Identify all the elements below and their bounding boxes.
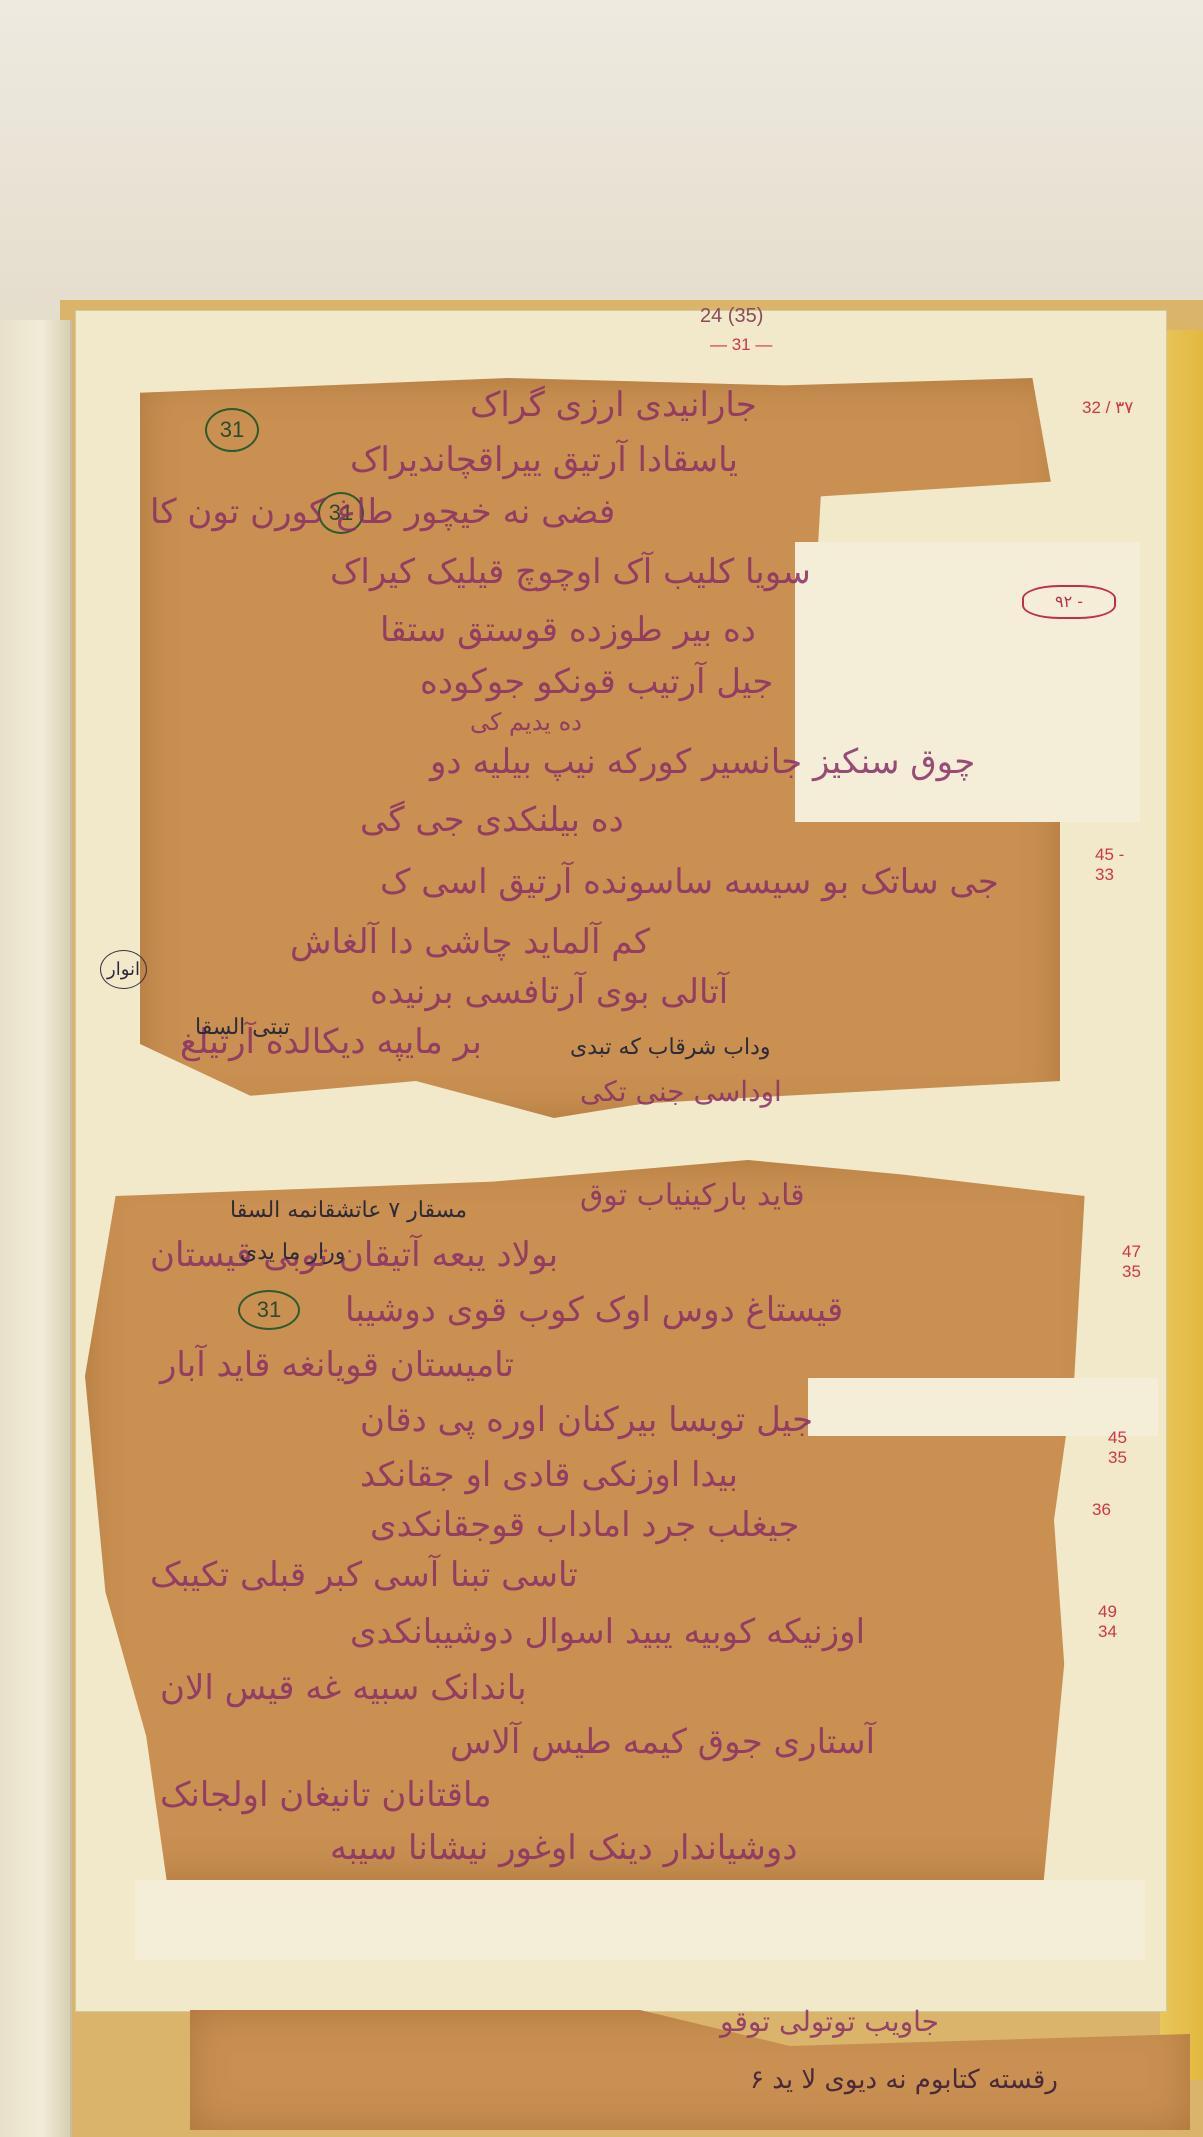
manuscript-line: جی ساتک بو سیسه ساسونده آرتیق اسی ک: [380, 862, 999, 902]
manuscript-line: جیل آرتیب قونکو جوکوده: [420, 662, 773, 702]
margin-ref: 32 / ۳۷: [1082, 398, 1133, 418]
manuscript-line: ده یدیم کی: [470, 708, 582, 736]
manuscript-line: جاویب توتولی توقو: [720, 2005, 939, 2038]
manuscript-line: ماقتانان تانیغان اولجانک: [160, 1775, 492, 1815]
folio-circle: 31: [205, 408, 259, 452]
manuscript-line: دوشیاندار دینک اوغور نیشانا سیبه: [330, 1828, 797, 1868]
manuscript-line: باندانک سبیه غه قیس الان: [160, 1668, 527, 1708]
manuscript-line: جیل توبسا بیرکنان اوره پی دقان: [360, 1400, 813, 1440]
margin-ref-oval: ۹۲ -: [1022, 585, 1116, 619]
seal-stamp: انوار: [100, 950, 147, 989]
annotation-note: تبتی السقا: [195, 1015, 290, 1040]
manuscript-line: آستاری جوق کیمه طیس آلاس: [450, 1722, 875, 1762]
manuscript-line: ده بیر طوزده قوستق ستقا: [380, 610, 756, 650]
margin-ref: 45 35: [1108, 1428, 1138, 1468]
manuscript-line: تامیستان قویانغه قاید آبار: [160, 1345, 514, 1385]
annotation-note: ورار ما یدی: [240, 1240, 345, 1265]
margin-ref: 36: [1092, 1500, 1111, 1520]
margin-ref: 49 34: [1098, 1602, 1128, 1642]
manuscript-line: فضی نه خیچور طاغ کورن تون کا: [150, 492, 615, 532]
manuscript-line: قیستاغ دوس اوک کوب قوی دوشیبا: [345, 1290, 843, 1330]
paper-patch: [135, 1880, 1145, 1960]
left-facing-page: [0, 320, 72, 2137]
annotation-note: وداب شرقاب که تبدی: [570, 1035, 771, 1060]
manuscript-line: آتالی بوی آرتافسی برنیده: [370, 972, 728, 1012]
manuscript-line: سویا کلیب آک اوچوچ قیلیک کیراک: [330, 552, 811, 592]
manuscript-line: اوداسی جنی تکی: [580, 1075, 782, 1108]
folio-circle: 31: [238, 1290, 300, 1330]
manuscript-line: تاسی تبنا آسی کبر قبلی تکیبک: [150, 1555, 578, 1595]
margin-ref: 45 - 33: [1095, 845, 1135, 885]
manuscript-line: بیدا اوزنکی قادی او جقانکد: [360, 1455, 738, 1495]
manuscript-line: یاسقادا آرتیق ییراقچاندیراک: [350, 440, 738, 480]
manuscript-line: بولاد یبعه آتیقان توبی قیستان: [150, 1235, 558, 1275]
manuscript-line: جارانیدی ارزی گراک: [470, 385, 757, 425]
manuscript-line: چوق سنکیز جانسیر کورکه نیپ بیلیه دو: [430, 742, 975, 782]
manuscript-line: ده بیلنکدی جی گی: [360, 800, 624, 840]
manuscript-line: جیغلب جرد اماداب قوجقانکدی: [370, 1505, 799, 1545]
manuscript-line: کم آلماید چاشی دا آلغاش: [290, 922, 650, 962]
page-mark: — 31 —: [710, 335, 772, 355]
manuscript-line: اوزنیکه کوبیه یبید اسوال دوشیبانکدی: [350, 1612, 865, 1652]
manuscript-line: رقسته کتابوم نه دیوی لا ید ۶: [750, 2065, 1058, 2095]
annotation-note: مسقار ۷ عاتشقانمه السقا: [230, 1198, 467, 1223]
header-reference: 24 (35): [700, 305, 763, 328]
background-wall: [0, 0, 1203, 330]
manuscript-line: قاید بارکینیاب توق: [580, 1178, 805, 1213]
paper-patch: [808, 1378, 1158, 1436]
margin-ref: 47 35: [1122, 1242, 1152, 1282]
